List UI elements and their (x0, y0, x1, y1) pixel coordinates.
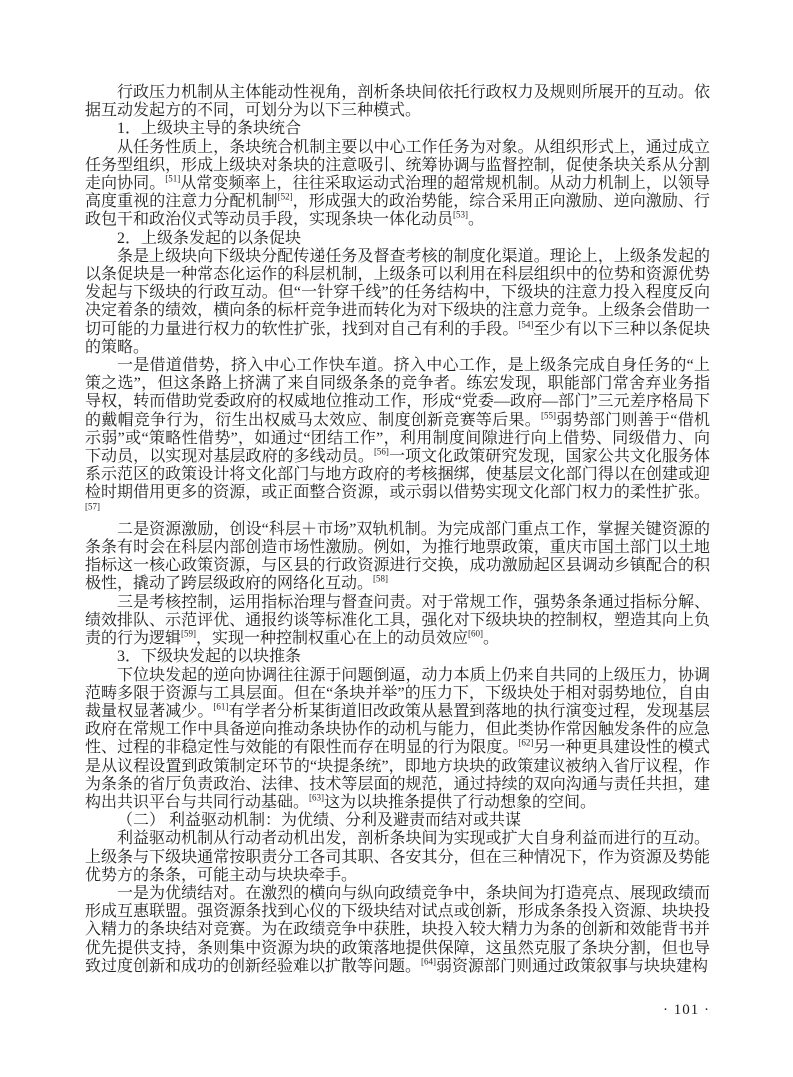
paragraph: 条是上级块向下级块分配传递任务及督查考核的制度化渠道。理论上，上级条发起的以条促… (85, 248, 710, 357)
footnote-ref: [56] (374, 447, 389, 457)
footnote-ref: [53] (453, 210, 468, 220)
paper-page: 行政压力机制从主体能动性视角，剖析条块间依托行政权力及规则所展开的互动。依据互动… (0, 0, 793, 1077)
footnote-ref: [64] (421, 956, 436, 966)
footnote-ref: [54] (518, 319, 533, 329)
paragraph: 三是考核控制，运用指标治理与督查问责。对于常规工作，强势条条通过指标分解、绩效排… (85, 594, 710, 649)
section-heading: 3．下级块发起的以块推条 (85, 648, 710, 666)
section-heading: （二） 利益驱动机制：为优绩、分利及避责而结对或共谋 (85, 812, 710, 830)
paragraph: 二是资源激励，创设“科层＋市场”双轨机制。为完成部门重点工作，掌握关键资源的条条… (85, 521, 710, 594)
page-number: · 101 · (663, 1002, 710, 1019)
footnote-ref: [57] (85, 501, 100, 511)
footnote-ref: [60] (468, 629, 483, 639)
article-body: 行政压力机制从主体能动性视角，剖析条块间依托行政权力及规则所展开的互动。依据互动… (85, 84, 710, 976)
footnote-ref: [62] (518, 738, 533, 748)
footnote-ref: [63] (309, 793, 324, 803)
paragraph: 一是借道借势，挤入中心工作快车道。挤入中心工作，是上级条完成自身任务的“上策之选… (85, 357, 710, 521)
footnote-ref: [58] (373, 574, 388, 584)
footnote-ref: [61] (213, 702, 228, 712)
footnote-ref: [51] (165, 174, 180, 184)
section-heading: 2．上级条发起的以条促块 (85, 230, 710, 248)
paragraph: 利益驱动机制从行动者动机出发，剖析条块间为实现或扩大自身利益而进行的互动。上级条… (85, 830, 710, 885)
footnote-ref: [55] (541, 410, 556, 420)
paragraph: 下位块发起的逆向协调往往源于问题倒逼，动力本质上仍来自共同的上级压力，协调范畴多… (85, 667, 710, 813)
footnote-ref: [59] (181, 629, 196, 639)
paragraph: 行政压力机制从主体能动性视角，剖析条块间依托行政权力及规则所展开的互动。依据互动… (85, 84, 710, 120)
paragraph: 从任务性质上，条块统合机制主要以中心工作任务为对象。从组织形式上，通过成立任务型… (85, 139, 710, 230)
footnote-ref: [52] (278, 192, 293, 202)
section-heading: 1．上级块主导的条块统合 (85, 120, 710, 138)
paragraph: 一是为优绩结对。在激烈的横向与纵向政绩竞争中，条块间为打造亮点、展现政绩而形成互… (85, 885, 710, 976)
